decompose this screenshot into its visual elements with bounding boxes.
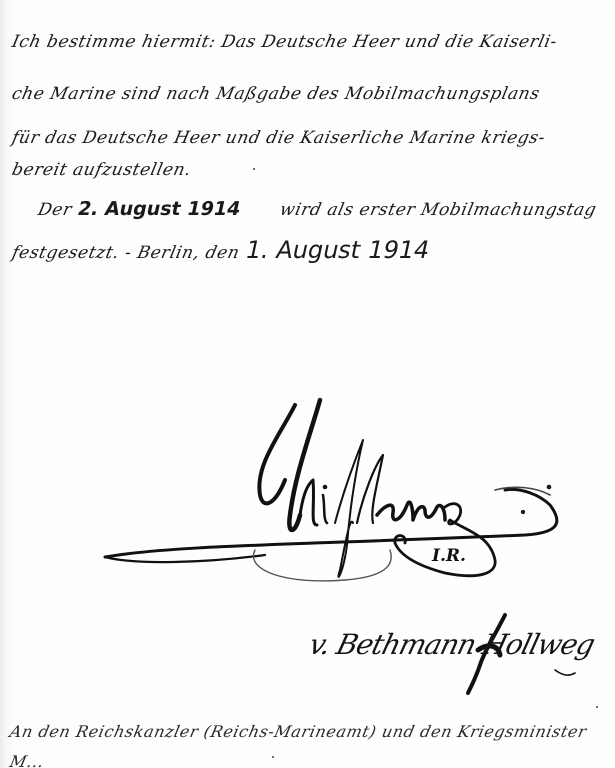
chancellor-signature: v. Bethmann Hollweg	[306, 628, 598, 661]
ink-speck	[596, 706, 598, 708]
date-line-suffix: wird als erster Mobilmachungstag	[278, 200, 598, 220]
wilhelm-signature	[95, 395, 575, 595]
address-line-1: An den Reichskanzler (Reichs-Marineamt) …	[8, 722, 589, 741]
place-line-prefix: festgesetzt. - Berlin, den	[10, 243, 241, 263]
mobilization-date: 2. August 1914	[76, 198, 243, 220]
ink-speck	[253, 168, 255, 170]
document-page: Ich bestimme hiermit: Das Deutsche Heer …	[0, 0, 615, 768]
body-line-3: für das Deutsche Heer und die Kaiserlich…	[10, 128, 547, 148]
body-line-4: bereit aufzustellen.	[10, 160, 193, 180]
address-line-2: M...	[8, 752, 46, 768]
date-line-prefix: Der	[36, 200, 74, 220]
signing-date: 1. August 1914	[243, 236, 432, 264]
mobilization-date-line: Der 2. August 1914 wird als erster Mobil…	[36, 198, 599, 220]
imperial-initials: I.R.	[432, 546, 466, 566]
body-line-2: che Marine sind nach Maßgabe des Mobilma…	[10, 84, 542, 104]
place-date-line: festgesetzt. - Berlin, den 1. August 191…	[10, 236, 432, 264]
body-line-1: Ich bestimme hiermit: Das Deutsche Heer …	[10, 32, 559, 52]
ink-speck	[272, 756, 274, 758]
